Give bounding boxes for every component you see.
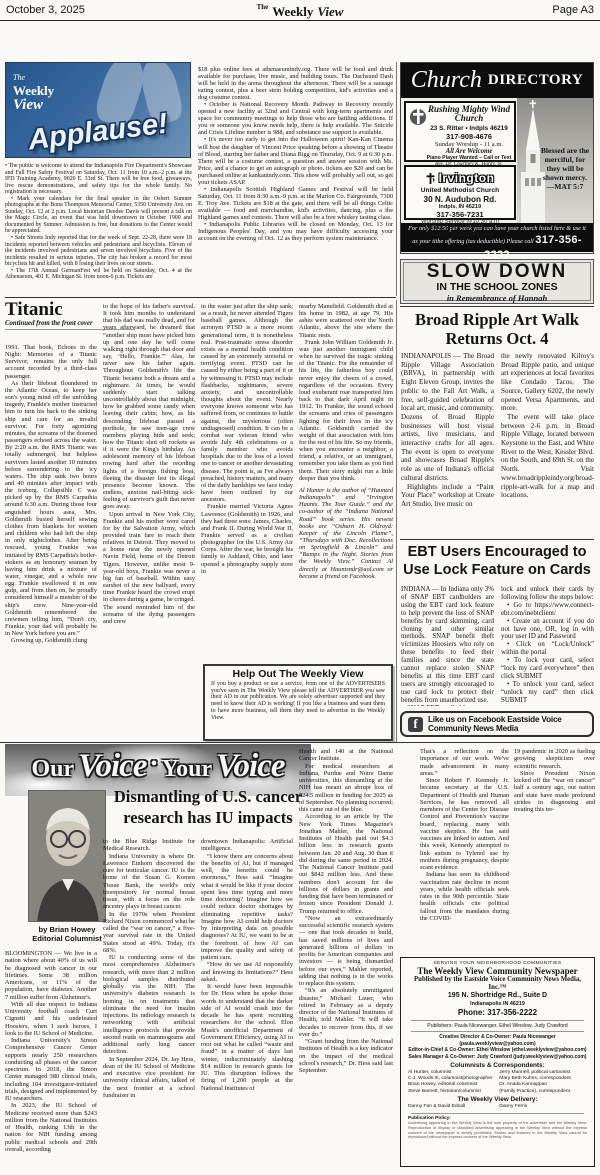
paper-title-view: View xyxy=(317,4,343,19)
paragraph: downtown Indianapolis: Artificial intell… xyxy=(201,838,293,853)
author-bio: Al Hunter is the author of “Haunted Indi… xyxy=(299,487,393,580)
paragraph: INDIANAPOLIS — The Broad Ripple Village … xyxy=(401,352,494,483)
voice-headline-line1: Dismantling of U.S. cancer xyxy=(114,787,302,806)
paragraph: • The 17th Annual GermanFest wil be held… xyxy=(5,268,192,281)
paragraph: • October is National Recovery Month. Pa… xyxy=(198,101,393,136)
columnists-heading: Columnists & Correspondents: xyxy=(405,1061,590,1070)
paragraph: Danny Fan & David Edsall xyxy=(408,1104,496,1110)
columnists-right: Jerry Mannell, political cartoonistMary … xyxy=(499,1070,587,1096)
bible-verse: Blessed are the merciful, for they will … xyxy=(539,146,591,192)
paragraph: SNAP EBT cardholders can xyxy=(401,705,494,706)
church-worship-time: Sunday Worship - 11 a.m. xyxy=(426,141,512,148)
paragraph: to the hope of his father's survival. It… xyxy=(103,303,195,511)
policy-text: Advertising appearing in the Weekly View… xyxy=(405,1121,590,1141)
paragraph: to the Blue Ridge Institute for Medical … xyxy=(103,838,195,853)
paragraph: • The public is welcome to attend the In… xyxy=(5,163,192,196)
cross-icon xyxy=(410,107,427,127)
publisher-city: Indianapolis IN 46219 xyxy=(405,1001,590,1008)
paper-title-weekly: Weekly xyxy=(272,4,313,19)
rushing-mighty-wind-ad: Rushing Mighty Wind Church 23 S. Ritter … xyxy=(404,101,516,162)
paragraph: Indiana has seen its childhood vaccinati… xyxy=(420,871,509,922)
logo-weekly: Weekly xyxy=(13,84,54,97)
applause-promo-box: The Weekly View Applause! xyxy=(5,62,191,158)
church-address: 30 N. Audubon Rd. xyxy=(408,195,512,204)
slow-down-banner: SLOW DOWN IN THE SCHOOL ZONES in Remembr… xyxy=(400,259,594,304)
logo-view: View xyxy=(13,97,43,113)
church-directory-title-caps: DIRECTORY xyxy=(488,72,583,89)
paragraph: the newly renovated Kilroy's Broad Rippl… xyxy=(501,352,594,413)
paragraph: $18 plus online fees at athenaeumindy.or… xyxy=(198,66,393,101)
church-welcome-line: All Are Welcome xyxy=(426,148,512,155)
portrait-graphic xyxy=(29,791,106,922)
ebt-headline-line1: EBT Users Encouraged to xyxy=(408,544,587,560)
applause-column-2: $18 plus online fees at athenaeumindy.or… xyxy=(198,66,393,296)
newspaper-name: The Weekly View Community Newspaper xyxy=(405,966,590,976)
delivery-heading: The Weekly View Delivery: xyxy=(405,1095,590,1104)
voice-column-3: downtown Indianapolis: Artificial intell… xyxy=(201,838,293,1175)
paragraph: “Now an extraordinarily successful scien… xyxy=(299,915,393,988)
applause-column-1: • The public is welcome to attend the In… xyxy=(5,163,192,296)
paragraph: INDIANA — In Indiana only 3% of SNAP EBT… xyxy=(401,586,494,705)
paragraph: Since Robert F. Kennedy Jr. became secre… xyxy=(420,777,509,871)
paragraph: • To unlock your card, select “unlock my… xyxy=(501,681,594,705)
voice-column-1: BLOOMINGTON — We live in a nation where … xyxy=(5,950,97,1175)
publisher-masthead-box: SERVING YOUR NEIGHBORHOOD COMMUNITIES Th… xyxy=(400,957,595,1167)
paragraph: The event will take place between 2-6 p.… xyxy=(501,413,594,500)
horizontal-divider xyxy=(0,742,600,743)
published-by-line: Published by the Eastside Voice Communit… xyxy=(405,976,590,992)
paragraph: As their lifeboat floundered in the Atla… xyxy=(5,380,97,638)
divider xyxy=(411,1113,584,1114)
paragraph: “Grant funding from the National Institu… xyxy=(299,1038,393,1074)
titanic-column-4: nearby Mansfield. Goldsmith died at his … xyxy=(299,303,393,659)
paragraph: Upon arrival in New York City, Frankie a… xyxy=(103,511,195,626)
voice-column-5: That's a reflection on the importance of… xyxy=(420,748,509,954)
church-directory-ad: Church DIRECTORY Rushing Mighty Wind Chu… xyxy=(400,62,594,254)
our-voice-word-voice1: Voice xyxy=(78,748,146,784)
church-pastor: Rev. Dr. Courtney K. Hardy, Sr. xyxy=(426,161,512,167)
our-voice-word-our: Our xyxy=(31,756,74,782)
publisher-address: 195 N. Shortridge Rd., Suite D xyxy=(405,992,590,1001)
paragraph: Growing up, Goldsmith clung xyxy=(5,637,97,644)
paragraph: Highlights include a “Paint Your Place” … xyxy=(401,483,494,509)
paragraph: “It's an absolutely unmitigated disaster… xyxy=(299,987,393,1038)
paragraph: • It's never too early to get into the H… xyxy=(198,136,393,185)
paragraph: That's a reflection on the importance of… xyxy=(420,748,509,777)
paragraph: • To lock your card, select “lock my car… xyxy=(501,657,594,681)
divider xyxy=(411,1031,584,1032)
horizontal-divider xyxy=(5,297,396,298)
logo-the: The xyxy=(13,73,25,82)
slow-down-line1: SLOW DOWN xyxy=(401,262,593,282)
voice-column-4: Health and 140 at the National Cancer In… xyxy=(299,748,393,1175)
irvington-umc-ad: Irvington United Methodist Church 30 N. … xyxy=(404,165,516,220)
our-voice-word-voice2: Voice xyxy=(216,748,284,784)
paragraph: Editor-in-Chief & Co-Owner: Ethel Winslo… xyxy=(405,1047,590,1054)
paragraph: In the 1970s when President Richard Nixo… xyxy=(103,911,195,955)
paragraph: Frank John William Goldsmith Jr. was jus… xyxy=(299,339,393,482)
paragraph: 19 pandemic in 2020 as fueling growing s… xyxy=(514,748,595,770)
paragraph: • Safe Streets Indy reported that for th… xyxy=(5,235,192,268)
church-website: www.irvingtonumc.org xyxy=(408,231,512,238)
page-header: October 3, 2025 The Weekly View Page A3 xyxy=(0,0,600,21)
vertical-divider xyxy=(396,300,397,742)
publishers-line: Publishers: Paula Nicewanger, Ethel Wins… xyxy=(405,1023,590,1030)
church-name: Rushing Mighty Wind Church xyxy=(426,105,512,124)
paper-title: The Weekly View xyxy=(0,3,600,21)
paragraph: For medical researchers at Indiana, Purd… xyxy=(299,763,393,814)
church-directory-body: Rushing Mighty Wind Church 23 S. Ritter … xyxy=(401,98,593,223)
paragraph: lock and unlock their cards by following… xyxy=(501,586,594,602)
church-directory-header: Church DIRECTORY xyxy=(401,63,593,98)
help-out-box: Help Out The Weekly View If you buy a pr… xyxy=(203,664,393,741)
columnists-columns: Al Hunter, columnistC.J. Woods III, colu… xyxy=(405,1070,590,1096)
weekly-view-logo: The Weekly View xyxy=(13,68,54,113)
titanic-column-1: 1991. That book, Echoes in the Night: Me… xyxy=(5,344,97,740)
owners-list: Creative Director & Co-Owner: Paula Nice… xyxy=(405,1034,590,1060)
church-denomination: United Methodist Church xyxy=(408,187,512,194)
paragraph: Sales Manager & Co-Owner: Judy Crawford … xyxy=(405,1054,590,1061)
church-phone: 317-356-7231 xyxy=(408,210,512,219)
paragraph: It would have been impossible for Dr. He… xyxy=(201,983,293,1092)
church-phone: 317-908-4676 xyxy=(426,132,512,141)
slow-down-line3: in Remembrance of Hannah xyxy=(401,293,593,303)
paragraph: “I know there are concerns about the ben… xyxy=(201,853,293,962)
ebt-column-2: lock and unlock their cards by following… xyxy=(501,586,594,706)
page-number: Page A3 xyxy=(552,4,594,16)
facebook-label: Like us on Facebook Eastside Voice Commu… xyxy=(428,715,586,733)
paragraph: According to an article by The New York … xyxy=(299,813,393,915)
paragraph: Danny Ferris xyxy=(499,1104,587,1110)
paragraph: • Go to https://www.connect-ebt.com/ineb… xyxy=(501,602,594,618)
horizontal-divider xyxy=(400,306,594,307)
divider xyxy=(411,1020,584,1021)
broad-ripple-column-1: INDIANAPOLIS — The Broad Ripple Village … xyxy=(401,352,494,538)
paragraph: Since President Nixon kicked off the “wa… xyxy=(514,770,595,814)
help-out-title: Help Out The Weekly View xyxy=(211,668,385,680)
slow-down-line2: IN THE SCHOOL ZONES xyxy=(401,282,593,293)
horizontal-divider xyxy=(400,539,594,540)
church-address: 23 S. Ritter • Indpls 46219 xyxy=(426,125,512,132)
ebt-column-1: INDIANA — In Indiana only 3% of SNAP EBT… xyxy=(401,586,494,706)
broad-ripple-headline: Broad Ripple Art Walk Returns Oct. 4 xyxy=(400,310,594,348)
church-directory-title-script: Church xyxy=(411,67,482,94)
facebook-icon: f xyxy=(408,717,423,732)
paragraph: • Create an account if you do not have o… xyxy=(501,618,594,642)
titanic-column-2: to the hope of his father's survival. It… xyxy=(103,303,195,741)
columnist-photo xyxy=(28,790,106,922)
delivery-left: Danny Fan & David Edsall xyxy=(408,1104,496,1110)
help-out-body: If you buy a product or use a service, f… xyxy=(211,681,385,721)
broad-ripple-column-2: the newly renovated Kilroy's Broad Rippl… xyxy=(501,352,594,538)
publisher-phone: Phone: 317-356-2222 xyxy=(405,1008,590,1018)
our-voice-wordart: Our Voice • Your Voice xyxy=(5,748,311,785)
paragraph: • Mark your calendars for the final spea… xyxy=(5,196,192,235)
church-steeple-image: Blessed are the merciful, for they will … xyxy=(517,98,593,223)
paragraph: Frankie married Victoria Agnes Lawrence … xyxy=(201,503,293,575)
umc-cross-flame-icon xyxy=(426,173,435,184)
our-voice-word-your: Your xyxy=(162,756,213,782)
voice-headline: Dismantling of U.S. cancer research has … xyxy=(98,786,318,828)
paragraph: Indiana University's Simon Comprehensive… xyxy=(5,1037,97,1102)
paragraph: nearby Mansfield. Goldsmith died at his … xyxy=(299,303,393,339)
paragraph: BLOOMINGTON — We live in a nation where … xyxy=(5,950,97,1001)
irvington-logo-row: Irvington xyxy=(408,169,512,187)
church-name: Irvington xyxy=(439,171,495,185)
paragraph: • Indianapolis Scottish Highland Games a… xyxy=(198,186,393,221)
paragraph: in the water just after the ship sank; a… xyxy=(201,303,293,503)
voice-column-2: to the Blue Ridge Institute for Medical … xyxy=(103,838,195,1175)
paragraph: In 2023, the IU School of Medicine recei… xyxy=(5,1102,97,1153)
paragraph: Creative Director & Co-Owner: Paula Nice… xyxy=(405,1034,590,1047)
vertical-divider xyxy=(396,62,397,296)
paragraph: • Indianapolis Public Libraries will be … xyxy=(198,221,393,242)
paragraph: • Click on “Lock/Unlock” within the port… xyxy=(501,641,594,657)
voice-headline-line2: research has IU impacts xyxy=(123,808,292,827)
delivery-columns: Danny Fan & David Edsall Danny Ferris xyxy=(405,1104,590,1110)
paragraph: 1991. That book, Echoes in the Night: Me… xyxy=(5,344,97,380)
paragraph: With all due respect to Indiana Universi… xyxy=(5,1001,97,1037)
newspaper-page: October 3, 2025 The Weekly View Page A3 … xyxy=(0,0,600,1175)
church-piano-line: Piano Player Wanted – Call or Text xyxy=(426,155,512,161)
titanic-column-3: in the water just after the ship sank; a… xyxy=(201,303,293,659)
delivery-right: Danny Ferris xyxy=(499,1104,587,1110)
ebt-headline-line2: Use Lock Feature on Cards xyxy=(403,562,591,578)
titanic-column-4-text: nearby Mansfield. Goldsmith died at his … xyxy=(299,303,393,482)
paper-title-the: The xyxy=(257,3,269,11)
paragraph: Indiana University is where Dr. Lawrence… xyxy=(103,853,195,911)
paragraph: Health and 140 at the National Cancer In… xyxy=(299,748,393,763)
ebt-headline: EBT Users Encouraged to Use Lock Feature… xyxy=(400,543,594,579)
bullet-separator: • xyxy=(150,753,157,775)
facebook-banner: f Like us on Facebook Eastside Voice Com… xyxy=(400,711,594,737)
paragraph: In September 2024, Dr. Jay Hess, dean of… xyxy=(103,1056,195,1100)
voice-column-6: 19 pandemic in 2020 as fueling growing s… xyxy=(514,748,595,954)
columnists-left: Al Hunter, columnistC.J. Woods III, colu… xyxy=(408,1070,496,1096)
paragraph: “How do we use AI responsibly and knowin… xyxy=(201,961,293,983)
paragraph: IU is conducting some of the most compre… xyxy=(103,954,195,1056)
